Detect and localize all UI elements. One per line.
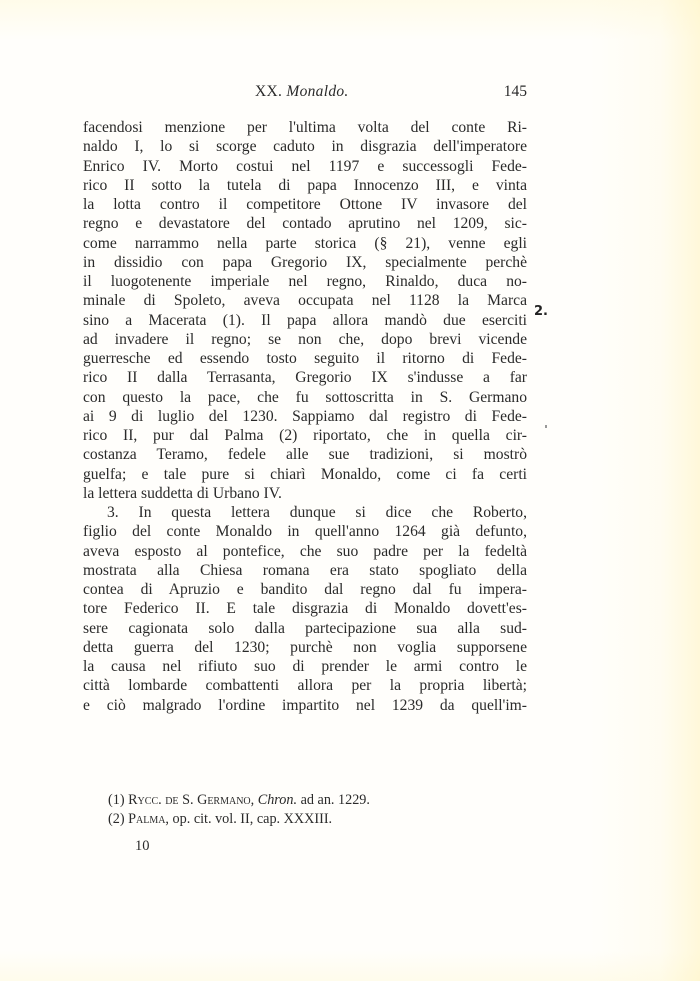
text-line: guerresche ed essendo tosto seguito il r… [83, 349, 527, 368]
footnote-citation: op. cit. vol. II, cap. XXXIII. [173, 811, 333, 827]
text-line: ai 9 di luglio del 1230. Sappiamo dal re… [83, 407, 527, 426]
text-line: ad invadere il regno; se non che, dopo b… [83, 330, 527, 349]
text-line: con questo la pace, che fu sottoscritta … [83, 388, 527, 407]
text-line: rico II sotto la tutela di papa Innocenz… [83, 176, 527, 195]
text-line: Enrico IV. Morto costui nel 1197 e succe… [83, 157, 527, 176]
text-line: il luogotenente imperiale nel regno, Rin… [83, 272, 527, 291]
footnote-1: (1) Rycc. de S. Germano, Chron. ad an. 1… [108, 791, 370, 810]
text-line: minale di Spoleto, aveva occupata nel 11… [83, 291, 527, 310]
text-line: e ciò malgrado l'ordine impartito nel 12… [83, 696, 527, 715]
footnote-author: Rycc. de S. Germano, [128, 792, 254, 808]
body-text: facendosi menzione per l'ultima volta de… [83, 118, 527, 715]
text-line: contea di Apruzio e bandito dal regno da… [83, 580, 527, 599]
signature-mark: 10 [135, 838, 150, 855]
margin-speck [545, 425, 547, 428]
text-line: mostrata alla Chiesa romana era stato sp… [83, 561, 527, 580]
text-line: naldo I, lo si scorge caduto in disgrazi… [83, 137, 527, 156]
text-line: rico II dalla Terrasanta, Gregorio IX s'… [83, 368, 527, 387]
text-line: rico II, pur dal Palma (2) riportato, ch… [83, 426, 527, 445]
text-line: sino a Macerata (1). Il papa allora mand… [83, 311, 527, 330]
paragraph-start-line: 3. In questa lettera dunque si dice che … [83, 503, 527, 522]
text-line: la causa nel rifiuto suo di prender le a… [83, 657, 527, 676]
footnote-marker: (2) [108, 811, 125, 827]
text-line: costanza Teramo, fedele alle sue tradizi… [83, 445, 527, 464]
text-line: tore Federico II. E tale disgrazia di Mo… [83, 599, 527, 618]
text-line: facendosi menzione per l'ultima volta de… [83, 118, 527, 137]
text-line: aveva esposto al pontefice, che suo padr… [83, 542, 527, 561]
running-head: XX. Monaldo. 145 [83, 83, 527, 103]
footnotes: (1) Rycc. de S. Germano, Chron. ad an. 1… [108, 791, 370, 829]
text-line: figlio del conte Monaldo in quell'anno 1… [83, 522, 527, 541]
chapter-title: XX. Monaldo. [255, 83, 349, 101]
chapter-name: Monaldo. [286, 83, 348, 100]
footnote-author: Palma, [128, 811, 169, 827]
text-line: regno e devastatore del contado aprutino… [83, 214, 527, 233]
text-line: sere cagionata solo dalla partecipazione… [83, 619, 527, 638]
text-line: la lotta contro il competitore Ottone IV… [83, 195, 527, 214]
footnote-citation: ad an. 1229. [301, 792, 370, 808]
footnote-marker: (1) [108, 792, 125, 808]
text-line: detta guerra del 1230; purchè non voglia… [83, 638, 527, 657]
text-line: la lettera suddetta di Urbano IV. [83, 484, 527, 503]
margin-annotation: 2. [534, 304, 548, 319]
text-line: città lombarde combattenti allora per la… [83, 676, 527, 695]
page-number: 145 [504, 83, 527, 101]
text-line: in dissidio con papa Gregorio IX, specia… [83, 253, 527, 272]
chapter-number: XX. [255, 83, 282, 100]
text-line: guelfa; e tale pure si chiarì Monaldo, c… [83, 465, 527, 484]
footnote-2: (2) Palma, op. cit. vol. II, cap. XXXIII… [108, 810, 370, 829]
footnote-work: Chron. [258, 792, 297, 808]
text-line: come narrammo nella parte storica (§ 21)… [83, 234, 527, 253]
